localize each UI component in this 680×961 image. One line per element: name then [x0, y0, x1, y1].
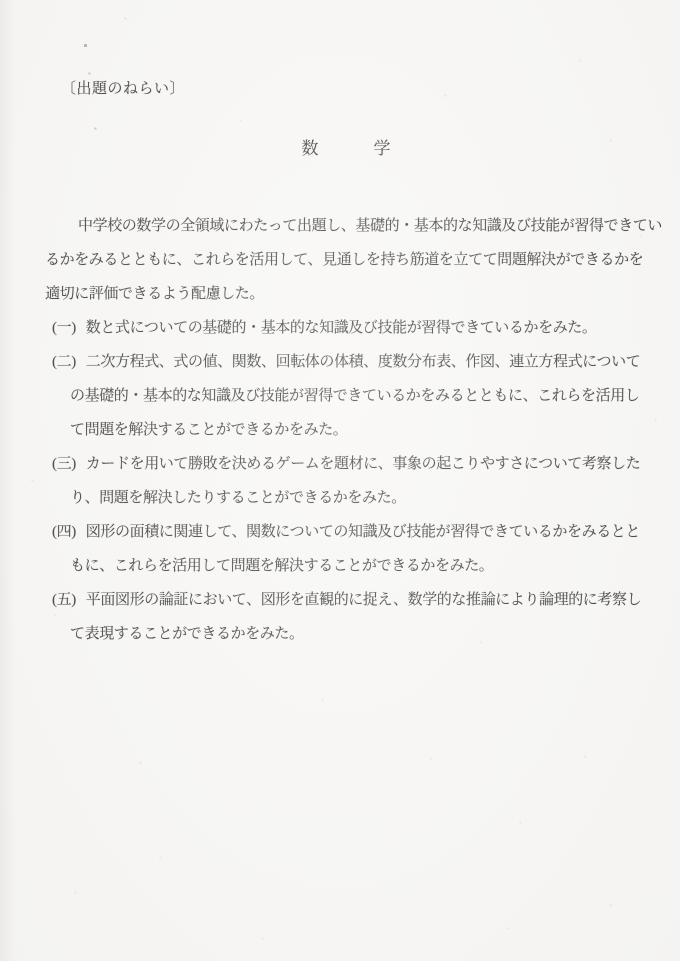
item-marker-3: (三) [52, 447, 76, 481]
list-item-5: (五)平面図形の論証において、図形を直観的に捉え、数学的な推論により論理的に考察… [45, 583, 635, 617]
item-text: 図形の面積に関連して、関数についての知識及び技能が習得できているかをみるとと [86, 524, 640, 540]
intro-line: 中学校の数学の全領域にわたって出題し、基礎的・基本的な知識及び技能が習得できてい [45, 209, 635, 243]
item-marker-5: (五) [52, 583, 76, 617]
intro-line: 適切に評価できるよう配慮した。 [45, 277, 635, 311]
list-item-2-cont: て問題を解決することができるかをみた。 [45, 413, 635, 447]
list-item-2: (二)二次方程式、式の値、関数、回転体の体積、度数分布表、作図、連立方程式につい… [45, 345, 635, 379]
item-marker-2: (二) [52, 345, 76, 379]
document-title: 数 学 [0, 136, 680, 162]
scanned-document-page: 〔出題のねらい〕 数 学 中学校の数学の全領域にわたって出題し、基礎的・基本的な… [0, 0, 680, 961]
section-heading: 〔出題のねらい〕 [61, 78, 185, 100]
item-text: 数と式についての基礎的・基本的な知識及び技能が習得できているかをみた。 [86, 320, 597, 336]
scan-noise-speckles [0, 0, 1, 1]
item-marker-1: (一) [52, 311, 76, 345]
item-text: 二次方程式、式の値、関数、回転体の体積、度数分布表、作図、連立方程式について [86, 354, 641, 370]
list-item-3-cont: り、問題を解決したりすることができるかをみた。 [45, 481, 635, 515]
list-item-4-cont: もに、これらを活用して問題を解決することができるかをみた。 [45, 549, 635, 583]
item-marker-4: (四) [52, 515, 76, 549]
item-text: カードを用いて勝敗を決めるゲームを題材に、事象の起こりやすさについて考察した [86, 456, 641, 472]
list-item-1: (一)数と式についての基礎的・基本的な知識及び技能が習得できているかをみた。 [45, 311, 635, 345]
list-item-3: (三)カードを用いて勝敗を決めるゲームを題材に、事象の起こりやすさについて考察し… [45, 447, 635, 481]
document-title-char-right: 学 [374, 136, 391, 162]
list-item-2-cont: の基礎的・基本的な知識及び技能が習得できているかをみるとともに、これらを活用し [45, 379, 635, 413]
list-item-5-cont: て表現することができるかをみた。 [45, 617, 635, 651]
document-body: 中学校の数学の全領域にわたって出題し、基礎的・基本的な知識及び技能が習得できてい… [45, 209, 635, 651]
intro-line: るかをみるとともに、これらを活用して、見通しを持ち筋道を立てて問題解決ができるか… [45, 243, 635, 277]
list-item-4: (四)図形の面積に関連して、関数についての知識及び技能が習得できているかをみると… [45, 515, 635, 549]
document-title-char-left: 数 [302, 136, 319, 162]
item-text: 平面図形の論証において、図形を直観的に捉え、数学的な推論により論理的に考察し [86, 592, 641, 608]
